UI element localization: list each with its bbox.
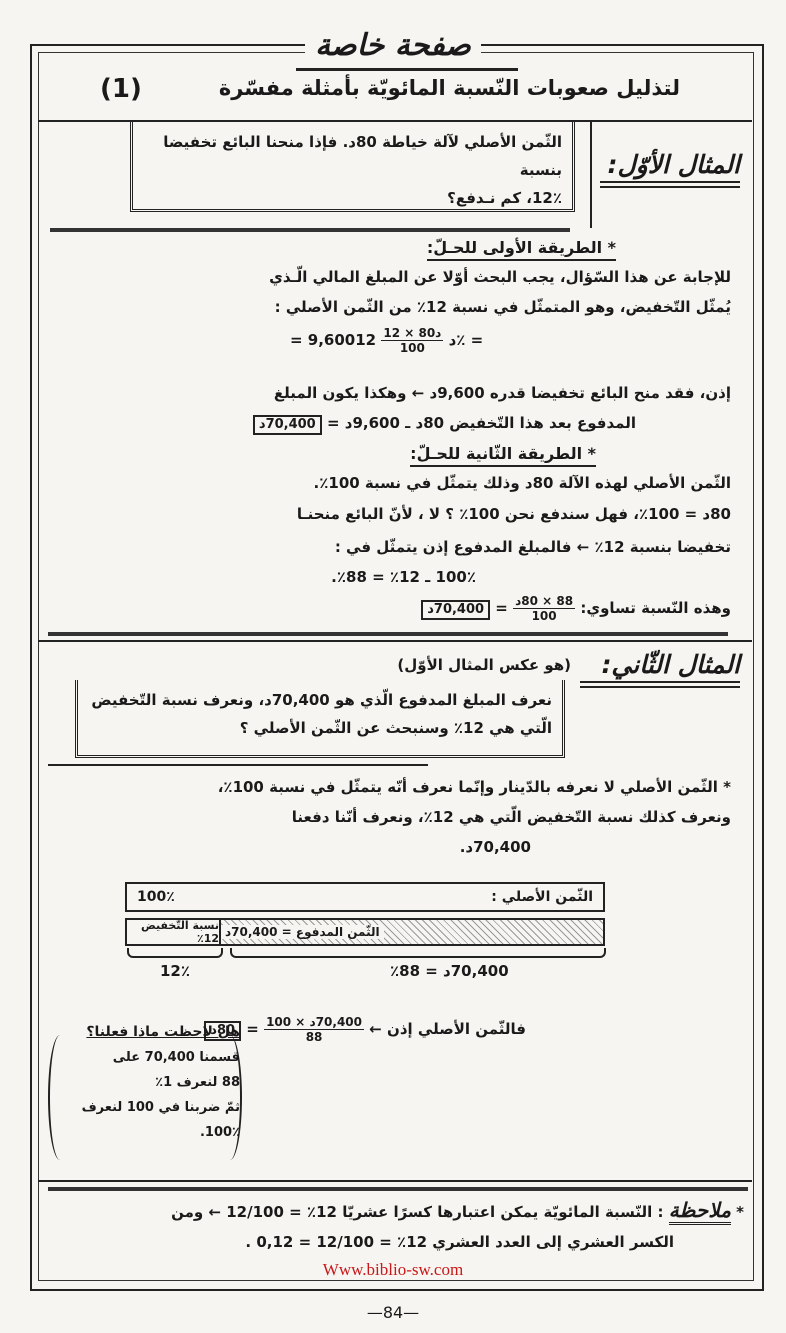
text-line: الثّمن الأصلي لهذه الآلة 80د وذلك يتمثّل…: [314, 474, 731, 492]
brace-paid-label: 70,400د = 88٪: [390, 962, 509, 980]
brace-discount: [127, 948, 223, 958]
divider: [48, 764, 428, 766]
text-line: 80د = 100٪، فهل سندفع نحن 100٪ ؟ لا ، لأ…: [297, 505, 731, 523]
title-underline: [296, 68, 518, 71]
example2-label: المثال الثّاني:: [580, 650, 740, 688]
final-calc: فالثّمن الأصلي إذن ← 70,400د × 10088 = 8…: [204, 1015, 526, 1044]
text-line: ونعرف كذلك نسبة التّخفيض الّتي هي 12٪، و…: [292, 808, 731, 826]
discount-segment: نسبة التّخفيض 12٪: [125, 918, 221, 946]
percentage-diagram: الثّمن الأصلي : 100٪ نسبة التّخفيض 12٪ ا…: [125, 882, 605, 946]
divider: [50, 228, 570, 232]
text-line: إذن، فقد منح البائع تخفيضا قدره 9,600د ←…: [274, 384, 731, 402]
divider: [48, 632, 728, 636]
page-number: —84—: [0, 1303, 786, 1322]
watermark: Www.biblio-sw.com: [0, 1260, 786, 1280]
example1-label: المثال الأوّل:: [600, 150, 740, 188]
divider: [38, 1180, 752, 1182]
calc-line: وهذه النّسبة تساوي: 88 × 80د100 = 70,400…: [421, 594, 731, 623]
method2-heading: * الطريقة الثّانية للحـلّ:: [410, 444, 596, 467]
text-line: 100٪ ـ 12٪ = 88٪.: [331, 568, 476, 586]
side-note: هل لاحظت ماذا فعلنا؟ قسمنا 70,400 على 88…: [62, 1020, 240, 1145]
example2-question-box: نعرف المبلغ المدفوع الّذي هو 70,400د، ون…: [75, 680, 565, 758]
result-box: 70,400د: [253, 415, 322, 435]
note-label: ملاحظة: [669, 1198, 731, 1225]
note-section: * ملاحظة : النّسبة المائويّة يمكن اعتبار…: [44, 1195, 744, 1257]
divider: [48, 1187, 748, 1191]
text-line: تخفيضا بنسبة 12٪ ← فالمبلغ المدفوع إذن ي…: [335, 538, 731, 556]
page-title: صفحة خاصة: [0, 28, 786, 63]
original-price-bar: الثّمن الأصلي : 100٪: [125, 882, 605, 912]
text-line: يُمثّل التّخفيض، وهو المتمثّل في نسبة 12…: [275, 298, 731, 316]
label-divider: [590, 120, 592, 228]
text-line: المدفوع بعد هذا التّخفيض 80د ـ 9,600د = …: [253, 414, 636, 435]
example1-question-box: الثّمن الأصلي لآلة خياطة 80د. فإذا منحنا…: [130, 122, 575, 212]
text-line: 70,400د.: [460, 838, 531, 856]
text-line: * الثّمن الأصلي لا نعرفه بالدّينار وإنّم…: [218, 778, 731, 796]
example2-note: (هو عكس المثال الأوّل): [397, 656, 571, 674]
part-number: (1): [100, 74, 142, 104]
method1-heading: * الطريقة الأولى للحـلّ:: [427, 238, 616, 261]
result-box: 70,400د: [421, 600, 490, 620]
brace-discount-label: 12٪: [160, 962, 190, 980]
divider: [38, 640, 752, 642]
subtitle: لتذليل صعوبات النّسبة المائويّة بأمثلة م…: [100, 76, 680, 100]
text-line: للإجابة عن هذا السّؤال، يجب البحث أوّلا …: [269, 268, 731, 286]
paid-segment: الثّمن المدفوع = 70,400د: [221, 918, 605, 946]
brace-paid: [230, 948, 606, 958]
calc-line: = 9,600د 12 × 80د100 12٪ =: [290, 326, 483, 355]
